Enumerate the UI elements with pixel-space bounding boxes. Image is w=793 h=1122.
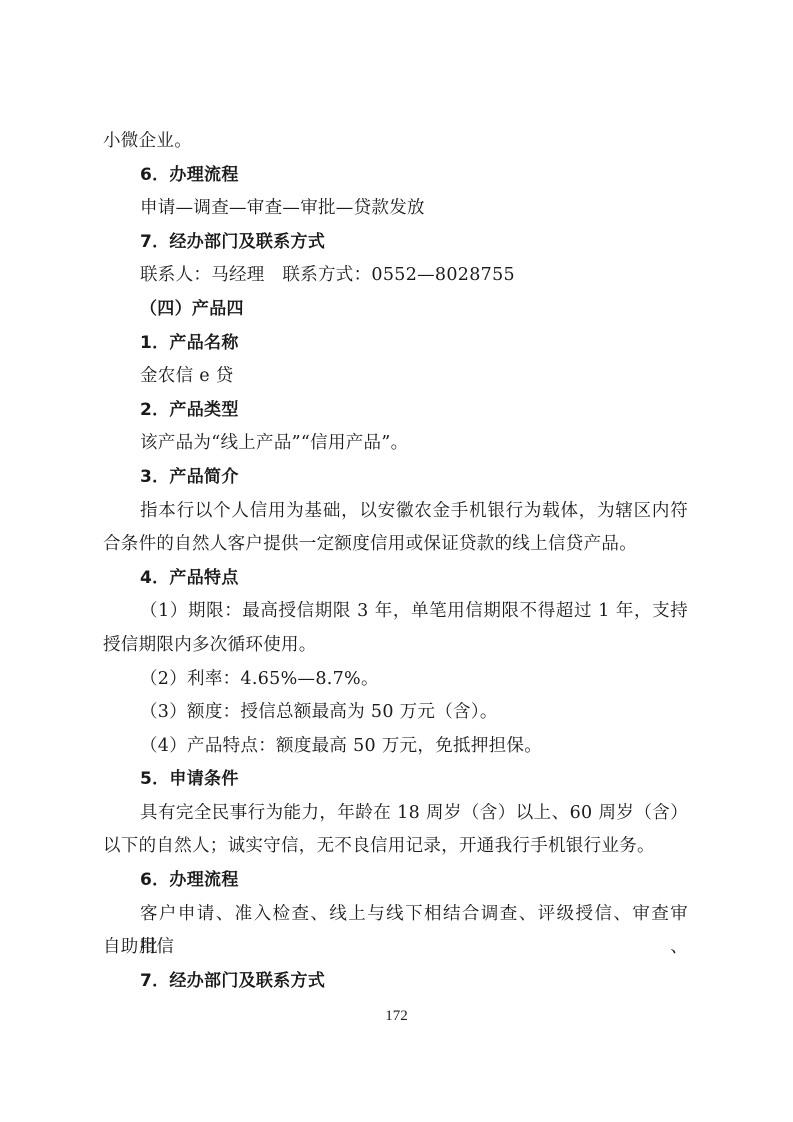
feature-limit: （3）额度：授信总额最高为 50 万元（含）。: [103, 696, 688, 730]
product-four-heading: （四）产品四: [103, 293, 688, 327]
product-intro-line-2: 合条件的自然人客户提供一定额度信用或保证贷款的线上信贷产品。: [103, 528, 688, 562]
section-heading-features: 4．产品特点: [103, 562, 688, 596]
requirements-line-1: 具有完全民事行为能力，年龄在 18 周岁（含）以上、60 周岁（含）: [103, 797, 688, 831]
process-line-1: 客户申请、准入检查、线上与线下相结合调查、评级授信、审查审批、: [103, 898, 688, 932]
contact-info: 联系人：马经理 联系方式：0552—8028755: [103, 259, 688, 293]
text-line-continuation: 小微企业。: [103, 125, 688, 159]
product-type: 该产品为“线上产品”“信用产品”。: [103, 427, 688, 461]
section-heading-product-name: 1．产品名称: [103, 327, 688, 361]
feature-highlight: （4）产品特点：额度最高 50 万元，免抵押担保。: [103, 730, 688, 764]
feature-rate: （2）利率：4.65%—8.7%。: [103, 663, 688, 697]
requirements-line-2: 以下的自然人；诚实守信，无不良信用记录，开通我行手机银行业务。: [103, 830, 688, 864]
section-heading-product-intro: 3．产品简介: [103, 461, 688, 495]
section-heading-requirements: 5．申请条件: [103, 763, 688, 797]
section-heading-contact-2: 7．经办部门及联系方式: [103, 965, 688, 999]
section-heading-process: 6．办理流程: [103, 159, 688, 193]
process-steps: 申请—调查—审查—审批—贷款发放: [103, 192, 688, 226]
section-heading-product-type: 2．产品类型: [103, 394, 688, 428]
document-page: 小微企业。 6．办理流程 申请—调查—审查—审批—贷款发放 7．经办部门及联系方…: [103, 125, 688, 998]
section-heading-contact: 7．经办部门及联系方式: [103, 226, 688, 260]
feature-term-line-1: （1）期限：最高授信期限 3 年，单笔用信期限不得超过 1 年，支持: [103, 595, 688, 629]
page-number: 172: [0, 1008, 793, 1025]
product-intro-line-1: 指本行以个人信用为基础，以安徽农金手机银行为载体，为辖区内符: [103, 495, 688, 529]
product-name: 金农信 e 贷: [103, 360, 688, 394]
section-heading-process-2: 6．办理流程: [103, 864, 688, 898]
feature-term-line-2: 授信期限内多次循环使用。: [103, 629, 688, 663]
